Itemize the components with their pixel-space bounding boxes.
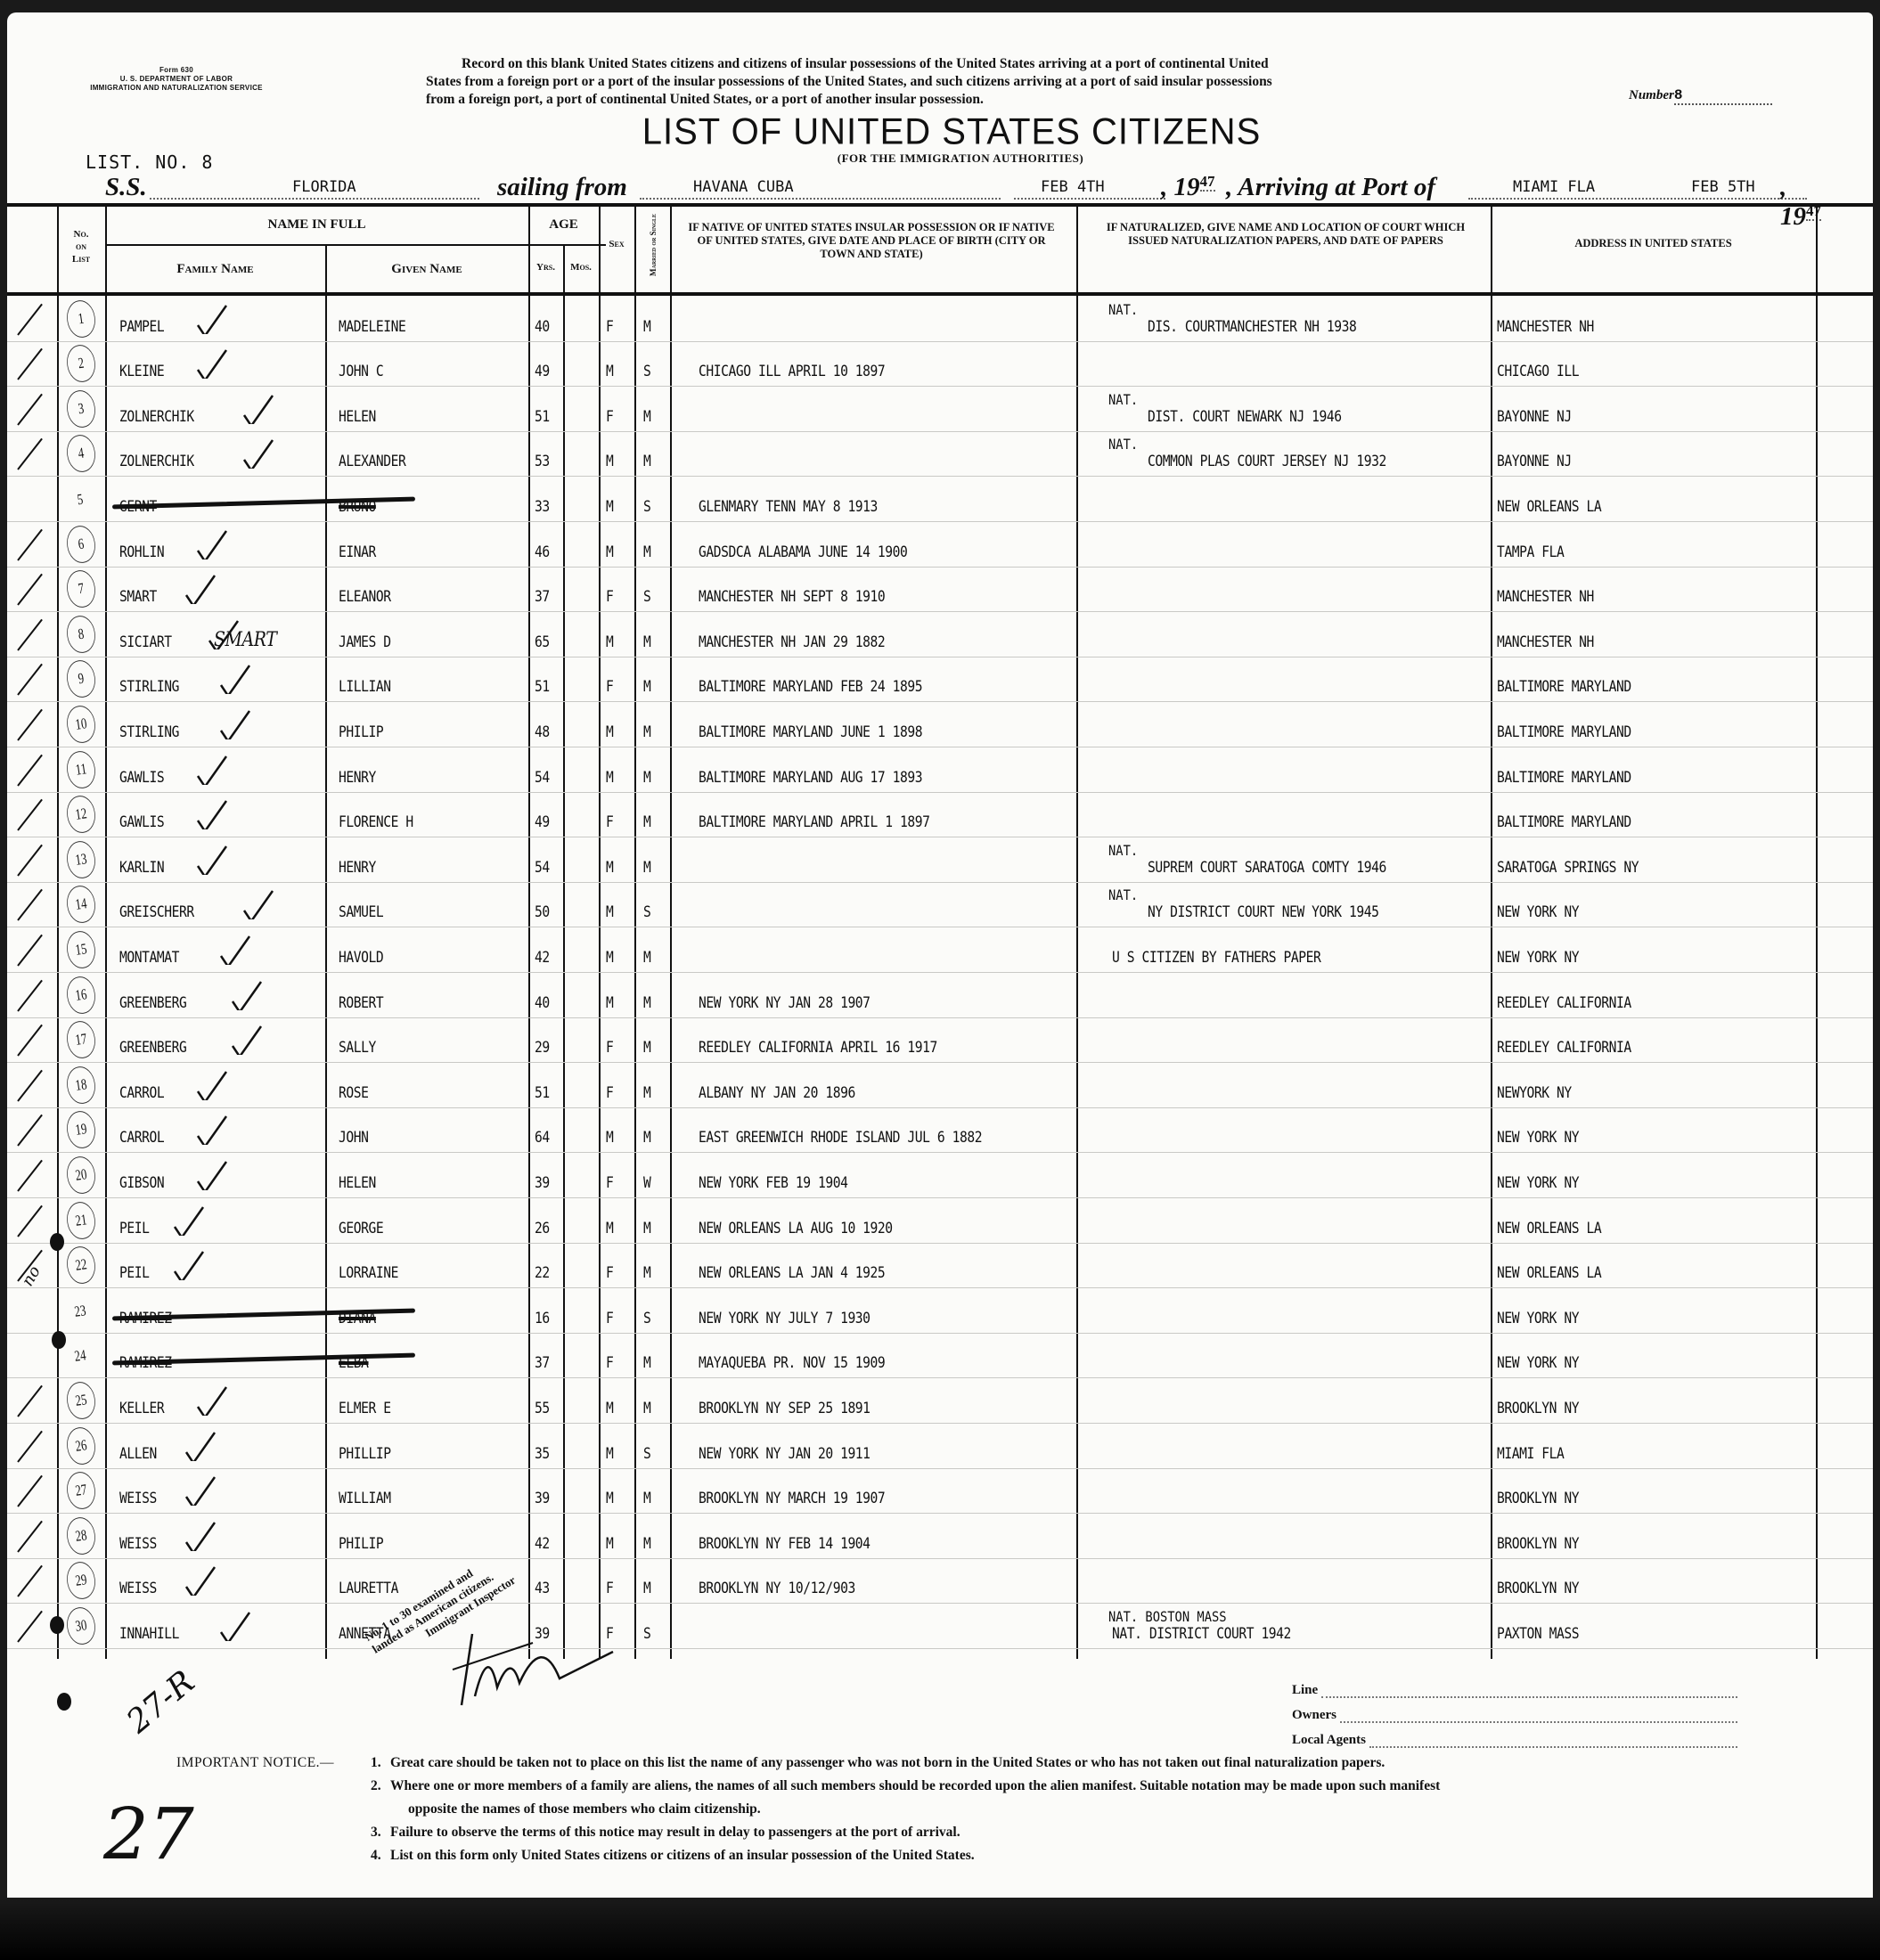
birth-place-date-cell: BROOKLYN NY 10/12/903 xyxy=(699,1580,855,1597)
number-field: Number8 xyxy=(1629,87,1772,105)
age-years-cell: 54 xyxy=(535,859,550,877)
header-naturalized: IF NATURALIZED, GIVE NAME AND LOCATION O… xyxy=(1090,221,1482,248)
sex-cell: M xyxy=(606,543,613,561)
age-years-cell: 37 xyxy=(535,1354,550,1372)
check-mark-icon xyxy=(194,1160,230,1190)
instructions-line-2: States from a foreign port or a port of … xyxy=(426,73,1459,91)
instructions-line-1: Record on this blank United States citiz… xyxy=(426,55,1459,73)
citizen-table: No.onList NAME IN FULL Family Name Given… xyxy=(7,203,1873,1659)
family-name-cell: KELLER xyxy=(119,1400,164,1417)
given-name-cell: JOHN C xyxy=(339,363,383,380)
table-row: 23RAMIREZDIANA16FSNEW YORK NY JULY 7 193… xyxy=(7,1287,1873,1334)
sex-cell: M xyxy=(606,633,613,651)
row-number: 10 xyxy=(64,704,97,745)
sex-cell: M xyxy=(606,1400,613,1417)
tally-mark-icon xyxy=(17,889,43,921)
row-number: 28 xyxy=(64,1515,97,1556)
marital-status-cell: W xyxy=(643,1174,650,1192)
row-number: 4 xyxy=(64,433,97,474)
birth-place-date-cell: BALTIMORE MARYLAND APRIL 1 1897 xyxy=(699,813,930,831)
row-number: 12 xyxy=(64,794,97,835)
naturalization-prefix: NAT. BOSTON MASS xyxy=(1108,1608,1227,1625)
naturalization-cell: U S CITIZEN BY FATHERS PAPER xyxy=(1112,949,1320,967)
row-number: 22 xyxy=(64,1245,97,1286)
family-name-cell: ALLEN xyxy=(119,1445,157,1463)
row-number: 13 xyxy=(64,839,97,880)
table-row: 3ZOLNERCHIKHELEN51FMNAT.DIST. COURT NEWA… xyxy=(7,386,1873,432)
check-mark-icon xyxy=(183,1521,218,1551)
given-name-cell: PHILIP xyxy=(339,1535,383,1553)
address-cell: MANCHESTER NH xyxy=(1497,318,1594,336)
given-name-cell: LAURETTA xyxy=(339,1580,398,1597)
sex-cell: F xyxy=(606,588,613,606)
given-name-cell: JAMES D xyxy=(339,633,391,651)
family-name-cell: PEIL xyxy=(119,1264,149,1282)
header-no-on-list: No.onList xyxy=(57,228,105,265)
birth-place-date-cell: MANCHESTER NH JAN 29 1882 xyxy=(699,633,885,651)
given-name-cell: JOHN xyxy=(339,1129,368,1147)
check-mark-icon xyxy=(206,619,241,649)
table-row: 24RAMIREZELBA37FMMAYAQUEBA PR. NOV 15 19… xyxy=(7,1333,1873,1379)
family-name-cell: WEISS xyxy=(119,1535,157,1553)
table-row: 21PEILGEORGE26MMNEW ORLEANS LA AUG 10 19… xyxy=(7,1197,1873,1244)
departure-port: HAVANA CUBA xyxy=(640,178,1001,200)
marital-status-cell: M xyxy=(643,723,650,741)
tally-mark-icon xyxy=(17,799,43,831)
address-cell: NEW YORK NY xyxy=(1497,949,1579,967)
row-number: 23 xyxy=(64,1292,95,1331)
row-number: 30 xyxy=(64,1605,97,1646)
sex-cell: M xyxy=(606,859,613,877)
address-cell: BROOKLYN NY xyxy=(1497,1400,1579,1417)
address-cell: BROOKLYN NY xyxy=(1497,1490,1579,1507)
marital-status-cell: M xyxy=(643,1354,650,1372)
tally-mark-icon xyxy=(17,664,43,696)
address-cell: BALTIMORE MARYLAND xyxy=(1497,678,1631,696)
service-name: IMMIGRATION AND NATURALIZATION SERVICE xyxy=(52,84,301,93)
row-number: 24 xyxy=(64,1336,95,1376)
table-row: 17GREENBERGSALLY29FMREEDLEY CALIFORNIA A… xyxy=(7,1017,1873,1064)
tally-mark-icon xyxy=(17,844,43,876)
given-name-cell: HELEN xyxy=(339,408,376,426)
notice-item: 3.Failure to observe the terms of this n… xyxy=(371,1821,1761,1844)
family-name-cell: INNAHILL xyxy=(119,1625,179,1643)
sex-cell: F xyxy=(606,1084,613,1102)
marital-status-cell: S xyxy=(643,1310,650,1327)
naturalization-prefix: NAT. xyxy=(1108,301,1138,318)
address-cell: NEW YORK NY xyxy=(1497,1129,1579,1147)
address-cell: NEWYORK NY xyxy=(1497,1084,1572,1102)
row-number: 3 xyxy=(64,388,97,429)
tally-mark-icon xyxy=(17,1385,43,1417)
given-name-cell: HELEN xyxy=(339,1174,376,1192)
header-married-or-single: Married or Single xyxy=(649,214,658,276)
birth-place-date-cell: EAST GREENWICH RHODE ISLAND JUL 6 1882 xyxy=(699,1129,982,1147)
table-row: 5GERNTBRUNO33MSGLENMARY TENN MAY 8 1913N… xyxy=(7,476,1873,522)
list-number: LIST. NO. 8 xyxy=(86,151,213,173)
given-name-cell: ALEXANDER xyxy=(339,453,405,470)
birth-place-date-cell: BALTIMORE MARYLAND FEB 24 1895 xyxy=(699,678,922,696)
header-name-in-full: NAME IN FULL xyxy=(105,217,528,233)
birth-place-date-cell: CHICAGO ILL APRIL 10 1897 xyxy=(699,363,885,380)
check-mark-icon xyxy=(194,1385,230,1416)
row-number: 1 xyxy=(64,298,97,339)
check-mark-icon xyxy=(241,438,276,469)
row-number: 11 xyxy=(64,749,97,790)
family-name-cell: SICIART xyxy=(119,633,172,651)
tally-mark-icon xyxy=(17,754,43,786)
age-years-cell: 39 xyxy=(535,1174,550,1192)
address-cell: TAMPA FLA xyxy=(1497,543,1564,561)
given-name-cell: WILLIAM xyxy=(339,1490,391,1507)
department-name: U. S. DEPARTMENT OF LABOR xyxy=(52,75,301,84)
address-cell: NEW YORK NY xyxy=(1497,1174,1579,1192)
birth-place-date-cell: GLENMARY TENN MAY 8 1913 xyxy=(699,498,878,516)
sex-cell: F xyxy=(606,813,613,831)
punch-hole-icon xyxy=(50,1233,64,1251)
header-mos: Mos. xyxy=(563,262,599,273)
tally-mark-icon xyxy=(17,1430,43,1462)
sex-cell: M xyxy=(606,723,613,741)
marital-status-cell: S xyxy=(643,1625,650,1643)
given-name-cell: HENRY xyxy=(339,769,376,787)
tally-mark-icon xyxy=(17,574,43,606)
tally-mark-icon xyxy=(17,979,43,1011)
given-name-cell: ELMER E xyxy=(339,1400,391,1417)
marital-status-cell: S xyxy=(643,903,650,921)
marital-status-cell: M xyxy=(643,1400,650,1417)
given-name-cell: SALLY xyxy=(339,1039,376,1057)
departure-date: FEB 4TH xyxy=(1014,178,1165,200)
check-mark-icon xyxy=(171,1250,207,1280)
tally-mark-icon xyxy=(17,528,43,560)
family-name-cell: ZOLNERCHIK xyxy=(119,408,194,426)
row-number: 18 xyxy=(64,1065,97,1106)
table-row: 25KELLERELMER E55MMBROOKLYN NY SEP 25 18… xyxy=(7,1377,1873,1424)
birth-place-date-cell: BROOKLYN NY MARCH 19 1907 xyxy=(699,1490,885,1507)
marital-status-cell: S xyxy=(643,1445,650,1463)
footer-fields: Line Owners Local Agents xyxy=(1292,1673,1737,1748)
tally-mark-icon xyxy=(17,935,43,967)
sex-cell: M xyxy=(606,363,613,380)
sex-cell: M xyxy=(606,1220,613,1237)
sex-cell: M xyxy=(606,903,613,921)
header-given-name: Given Name xyxy=(325,262,528,277)
address-cell: REEDLEY CALIFORNIA xyxy=(1497,1039,1631,1057)
family-name-cell: GAWLIS xyxy=(119,813,164,831)
age-years-cell: 54 xyxy=(535,769,550,787)
address-cell: SARATOGA SPRINGS NY xyxy=(1497,859,1639,877)
given-name-cell: EINAR xyxy=(339,543,376,561)
ship-name: FLORIDA xyxy=(150,178,479,200)
tally-mark-icon xyxy=(17,393,43,425)
family-name-cell: GIBSON xyxy=(119,1174,164,1192)
age-years-cell: 16 xyxy=(535,1310,550,1327)
family-name-cell: MONTAMAT xyxy=(119,949,179,967)
table-row: 28WEISSPHILIP42MMBROOKLYN NY FEB 14 1904… xyxy=(7,1513,1873,1559)
sex-cell: F xyxy=(606,318,613,336)
age-years-cell: 29 xyxy=(535,1039,550,1057)
marital-status-cell: M xyxy=(643,408,650,426)
family-name-cell: PAMPEL xyxy=(119,318,164,336)
sex-cell: F xyxy=(606,1354,613,1372)
check-mark-icon xyxy=(217,1611,253,1641)
family-name-cell: GAWLIS xyxy=(119,769,164,787)
sex-cell: M xyxy=(606,949,613,967)
marital-status-cell: M xyxy=(643,994,650,1012)
family-name-cell: WEISS xyxy=(119,1490,157,1507)
marital-status-cell: S xyxy=(643,498,650,516)
address-cell: CHICAGO ILL xyxy=(1497,363,1579,380)
birth-place-date-cell: NEW YORK NY JAN 28 1907 xyxy=(699,994,871,1012)
tally-mark-icon xyxy=(17,1205,43,1237)
marital-status-cell: S xyxy=(643,588,650,606)
naturalization-cell: SUPREM COURT SARATOGA COMTY 1946 xyxy=(1148,859,1386,877)
row-number: 15 xyxy=(64,929,97,970)
sailing-from-label: sailing from xyxy=(497,173,627,202)
given-name-cell: SAMUEL xyxy=(339,903,383,921)
name-subheader-rule xyxy=(105,244,533,246)
arrival-date: FEB 5TH xyxy=(1584,178,1869,200)
address-cell: BALTIMORE MARYLAND xyxy=(1497,723,1631,741)
birth-place-date-cell: BROOKLYN NY FEB 14 1904 xyxy=(699,1535,871,1553)
marital-status-cell: M xyxy=(643,678,650,696)
naturalization-prefix: NAT. xyxy=(1108,391,1138,408)
page-title: LIST OF UNITED STATES CITIZENS xyxy=(613,111,1290,153)
marital-status-cell: M xyxy=(643,1580,650,1597)
tally-mark-icon xyxy=(17,1475,43,1507)
sex-cell: F xyxy=(606,1310,613,1327)
age-years-cell: 53 xyxy=(535,453,550,470)
check-mark-icon xyxy=(194,1115,230,1145)
age-years-cell: 26 xyxy=(535,1220,550,1237)
header-family-name: Family Name xyxy=(105,262,325,277)
header-address: ADDRESS IN UNITED STATES xyxy=(1491,237,1816,250)
handwritten-note-bottom: 27 xyxy=(103,1793,194,1875)
tally-mark-icon xyxy=(17,1520,43,1552)
address-cell: MIAMI FLA xyxy=(1497,1445,1564,1463)
given-name-cell: LILLIAN xyxy=(339,678,391,696)
given-name-cell: FLORENCE H xyxy=(339,813,413,831)
punch-hole-icon xyxy=(57,1693,71,1711)
table-row: 7SMARTELEANOR37FSMANCHESTER NH SEPT 8 19… xyxy=(7,567,1873,613)
tally-mark-icon xyxy=(17,1069,43,1101)
birth-place-date-cell: NEW ORLEANS LA JAN 4 1925 xyxy=(699,1264,885,1282)
age-subheader-rule xyxy=(528,244,606,246)
family-name-cell: CARROL xyxy=(119,1129,164,1147)
table-row: 13KARLINHENRY54MMNAT.SUPREM COURT SARATO… xyxy=(7,837,1873,883)
age-years-cell: 42 xyxy=(535,949,550,967)
age-years-cell: 55 xyxy=(535,1400,550,1417)
tally-mark-icon xyxy=(17,1115,43,1147)
number-value: 8 xyxy=(1674,87,1772,105)
table-row: 15MONTAMATHAVOLD42MMU S CITIZEN BY FATHE… xyxy=(7,927,1873,973)
owners-field: Owners xyxy=(1292,1698,1737,1723)
family-name-cell: ROHLIN xyxy=(119,543,164,561)
birth-place-date-cell: ALBANY NY JAN 20 1896 xyxy=(699,1084,855,1102)
check-mark-icon xyxy=(217,935,253,965)
sex-cell: M xyxy=(606,1445,613,1463)
row-number: 29 xyxy=(64,1560,97,1601)
punch-hole-icon xyxy=(52,1331,66,1349)
table-row: 18CARROLROSE51FMALBANY NY JAN 20 1896NEW… xyxy=(7,1062,1873,1108)
table-row: 27WEISSWILLIAM39MMBROOKLYN NY MARCH 19 1… xyxy=(7,1468,1873,1515)
address-cell: BAYONNE NJ xyxy=(1497,408,1572,426)
family-name-cell: KARLIN xyxy=(119,859,164,877)
ss-label: S.S. xyxy=(105,173,147,202)
table-row: 9STIRLINGLILLIAN51FMBALTIMORE MARYLAND F… xyxy=(7,657,1873,703)
sex-cell: F xyxy=(606,1039,613,1057)
family-name-cell: STIRLING xyxy=(119,723,179,741)
marital-status-cell: M xyxy=(643,769,650,787)
naturalization-cell: DIST. COURT NEWARK NJ 1946 xyxy=(1148,408,1342,426)
check-mark-icon xyxy=(183,574,218,604)
marital-status-cell: M xyxy=(643,1264,650,1282)
tally-mark-icon xyxy=(17,1160,43,1192)
check-mark-icon xyxy=(241,394,276,424)
address-cell: NEW ORLEANS LA xyxy=(1497,1264,1601,1282)
age-years-cell: 51 xyxy=(535,678,550,696)
birth-place-date-cell: BROOKLYN NY SEP 25 1891 xyxy=(699,1400,871,1417)
table-row: 12GAWLISFLORENCE H49FMBALTIMORE MARYLAND… xyxy=(7,792,1873,838)
marital-status-cell: S xyxy=(643,363,650,380)
row-number: 20 xyxy=(64,1155,97,1196)
row-number: 26 xyxy=(64,1425,97,1466)
birth-place-date-cell: NEW ORLEANS LA AUG 10 1920 xyxy=(699,1220,893,1237)
naturalization-cell: COMMON PLAS COURT JERSEY NJ 1932 xyxy=(1148,453,1386,470)
check-mark-icon xyxy=(194,755,230,785)
age-years-cell: 39 xyxy=(535,1490,550,1507)
row-number: 27 xyxy=(64,1470,97,1511)
age-years-cell: 33 xyxy=(535,498,550,516)
family-name-cell: SMART xyxy=(119,588,157,606)
marital-status-cell: M xyxy=(643,453,650,470)
naturalization-prefix: NAT. xyxy=(1108,842,1138,859)
birth-place-date-cell: NEW YORK FEB 19 1904 xyxy=(699,1174,847,1192)
address-cell: MANCHESTER NH xyxy=(1497,633,1594,651)
birth-place-date-cell: NEW YORK NY JULY 7 1930 xyxy=(699,1310,871,1327)
check-mark-icon xyxy=(229,1025,265,1055)
family-name-cell: PEIL xyxy=(119,1220,149,1237)
given-name-cell: LORRAINE xyxy=(339,1264,398,1282)
form-number: Form 630 xyxy=(52,66,301,75)
notice-item: 4.List on this form only United States c… xyxy=(371,1844,1761,1867)
birth-place-date-cell: BALTIMORE MARYLAND AUG 17 1893 xyxy=(699,769,922,787)
check-mark-icon xyxy=(194,348,230,379)
table-row: 16GREENBERGROBERT40MMNEW YORK NY JAN 28 … xyxy=(7,972,1873,1018)
marital-status-cell: M xyxy=(643,1490,650,1507)
tally-mark-icon xyxy=(17,303,43,335)
header-age: AGE xyxy=(528,217,599,233)
age-years-cell: 46 xyxy=(535,543,550,561)
row-number: 17 xyxy=(64,1019,97,1060)
page-subtitle: (FOR THE IMMIGRATION AUTHORITIES) xyxy=(649,151,1272,166)
sex-cell: M xyxy=(606,1535,613,1553)
address-cell: NEW ORLEANS LA xyxy=(1497,498,1601,516)
table-row: 8SICIARTJAMES D65MMMANCHESTER NH JAN 29 … xyxy=(7,611,1873,657)
row-number: 5 xyxy=(64,480,95,519)
tally-mark-icon xyxy=(17,438,43,470)
table-row: 4ZOLNERCHIKALEXANDER53MMNAT.COMMON PLAS … xyxy=(7,431,1873,478)
check-mark-icon xyxy=(183,1431,218,1461)
age-years-cell: 49 xyxy=(535,363,550,380)
row-number: 6 xyxy=(64,524,97,565)
age-years-cell: 40 xyxy=(535,318,550,336)
marital-status-cell: M xyxy=(643,813,650,831)
address-cell: PAXTON MASS xyxy=(1497,1625,1579,1643)
scan-border xyxy=(0,1898,1880,1960)
departure-year: , 1947 xyxy=(1161,173,1215,202)
naturalization-prefix: NAT. xyxy=(1108,886,1138,903)
given-name-cell: ELEANOR xyxy=(339,588,391,606)
birth-place-date-cell: REEDLEY CALIFORNIA APRIL 16 1917 xyxy=(699,1039,937,1057)
age-years-cell: 40 xyxy=(535,994,550,1012)
family-name-cell: GREISCHERR xyxy=(119,903,194,921)
check-mark-icon xyxy=(217,709,253,739)
family-name-cell: WEISS xyxy=(119,1580,157,1597)
naturalization-prefix: NAT. xyxy=(1108,436,1138,453)
notice-list: 1.Great care should be taken not to plac… xyxy=(371,1752,1761,1867)
table-row: 11GAWLISHENRY54MMBALTIMORE MARYLAND AUG … xyxy=(7,747,1873,793)
marital-status-cell: M xyxy=(643,1039,650,1057)
given-name-cell: MADELEINE xyxy=(339,318,405,336)
family-name-cell: GREENBERG xyxy=(119,1039,186,1057)
naturalization-cell: NAT. DISTRICT COURT 1942 xyxy=(1112,1625,1291,1643)
row-number: 16 xyxy=(64,975,97,1016)
tally-mark-icon xyxy=(17,709,43,741)
birth-place-date-cell: MAYAQUEBA PR. NOV 15 1909 xyxy=(699,1354,885,1372)
check-mark-icon xyxy=(194,845,230,875)
address-cell: MANCHESTER NH xyxy=(1497,588,1594,606)
table-row: 10STIRLINGPHILIP48MMBALTIMORE MARYLAND J… xyxy=(7,701,1873,747)
sex-cell: F xyxy=(606,408,613,426)
marital-status-cell: M xyxy=(643,949,650,967)
address-cell: NEW YORK NY xyxy=(1497,1354,1579,1372)
age-years-cell: 64 xyxy=(535,1129,550,1147)
notice-item: 1.Great care should be taken not to plac… xyxy=(371,1752,1761,1775)
age-years-cell: 49 xyxy=(535,813,550,831)
row-number: 21 xyxy=(64,1200,97,1241)
sex-cell: M xyxy=(606,1129,613,1147)
marital-status-cell: M xyxy=(643,318,650,336)
table-top-rule xyxy=(7,203,1873,207)
check-mark-icon xyxy=(241,889,276,919)
naturalization-cell: NY DISTRICT COURT NEW YORK 1945 xyxy=(1148,903,1379,921)
given-name-cell: ROSE xyxy=(339,1084,368,1102)
given-name-cell: HAVOLD xyxy=(339,949,383,967)
sex-cell: M xyxy=(606,453,613,470)
table-row: 1PAMPELMADELEINE40FMNAT.DIS. COURTMANCHE… xyxy=(7,296,1873,342)
row-number: 2 xyxy=(64,343,97,384)
number-label: Number xyxy=(1629,88,1674,102)
instructions-line-3: from a foreign port, a port of continent… xyxy=(426,91,1459,109)
sex-cell: M xyxy=(606,769,613,787)
table-row: 22PEILLORRAINE22FMNEW ORLEANS LA JAN 4 1… xyxy=(7,1243,1873,1289)
age-years-cell: 37 xyxy=(535,588,550,606)
table-row: 20GIBSONHELEN39FWNEW YORK FEB 19 1904NEW… xyxy=(7,1152,1873,1198)
sex-cell: M xyxy=(606,498,613,516)
handwritten-note-top: 27-R xyxy=(120,1663,202,1740)
naturalization-cell: DIS. COURTMANCHESTER NH 1938 xyxy=(1148,318,1356,336)
punch-hole-icon xyxy=(50,1616,64,1634)
row-number: 25 xyxy=(64,1380,97,1421)
address-cell: BROOKLYN NY xyxy=(1497,1580,1579,1597)
sex-cell: F xyxy=(606,678,613,696)
given-name-cell: HENRY xyxy=(339,859,376,877)
family-name-cell: GREENBERG xyxy=(119,994,186,1012)
check-mark-icon xyxy=(183,1565,218,1596)
table-row: 29WEISSLAURETTA43FMBROOKLYN NY 10/12/903… xyxy=(7,1558,1873,1605)
